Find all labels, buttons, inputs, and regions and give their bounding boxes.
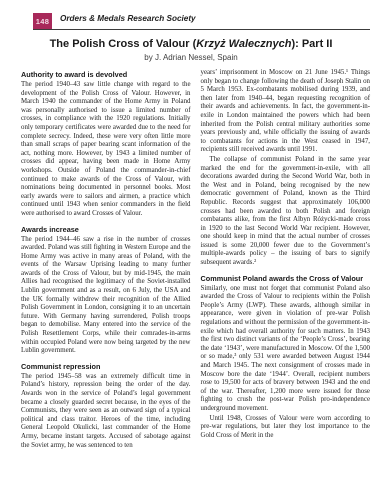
paragraph: The period 1940–43 saw little change wit…	[21, 81, 191, 219]
section-heading-awards-increase: Awards increase	[21, 225, 191, 234]
article-title-suffix: ): Part II	[291, 38, 332, 50]
left-column: Authority to award is devolved The perio…	[21, 69, 191, 451]
paragraph: The period 1945–58 was an extremely diff…	[21, 373, 191, 450]
two-column-body: Authority to award is devolved The perio…	[21, 69, 370, 451]
section-heading-communist-repression: Communist repression	[21, 362, 191, 371]
article-title: The Polish Cross of Valour (Krzyż Walecz…	[10, 38, 372, 50]
journal-page: 148 Orders & Medals Research Society The…	[0, 0, 382, 500]
article-title-prefix: The Polish Cross of Valour (	[50, 38, 197, 50]
page-number-badge: 148	[33, 13, 52, 29]
society-name: Orders & Medals Research Society	[60, 14, 196, 23]
paragraph: years’ imprisonment in Moscow on 21 June…	[201, 69, 371, 155]
section-heading-communist-poland-awards: Communist Poland awards the Cross of Val…	[201, 274, 371, 283]
masthead: 148 Orders & Medals Research Society	[33, 10, 370, 30]
section-heading-authority: Authority to award is devolved	[21, 70, 191, 79]
paragraph: The collapse of communist Poland in the …	[201, 156, 371, 268]
paragraph: The period 1944–46 saw a rise in the num…	[21, 236, 191, 356]
article-title-italic: Krzyż Walecznych	[196, 38, 291, 50]
paragraph: Similarly, one must not forget that comm…	[201, 285, 371, 414]
paragraph: Until 1948, Crosses of Valour were worn …	[201, 415, 371, 441]
right-column: years’ imprisonment in Moscow on 21 June…	[201, 69, 371, 451]
byline: by J. Adrian Nessel, Spain	[0, 53, 382, 62]
